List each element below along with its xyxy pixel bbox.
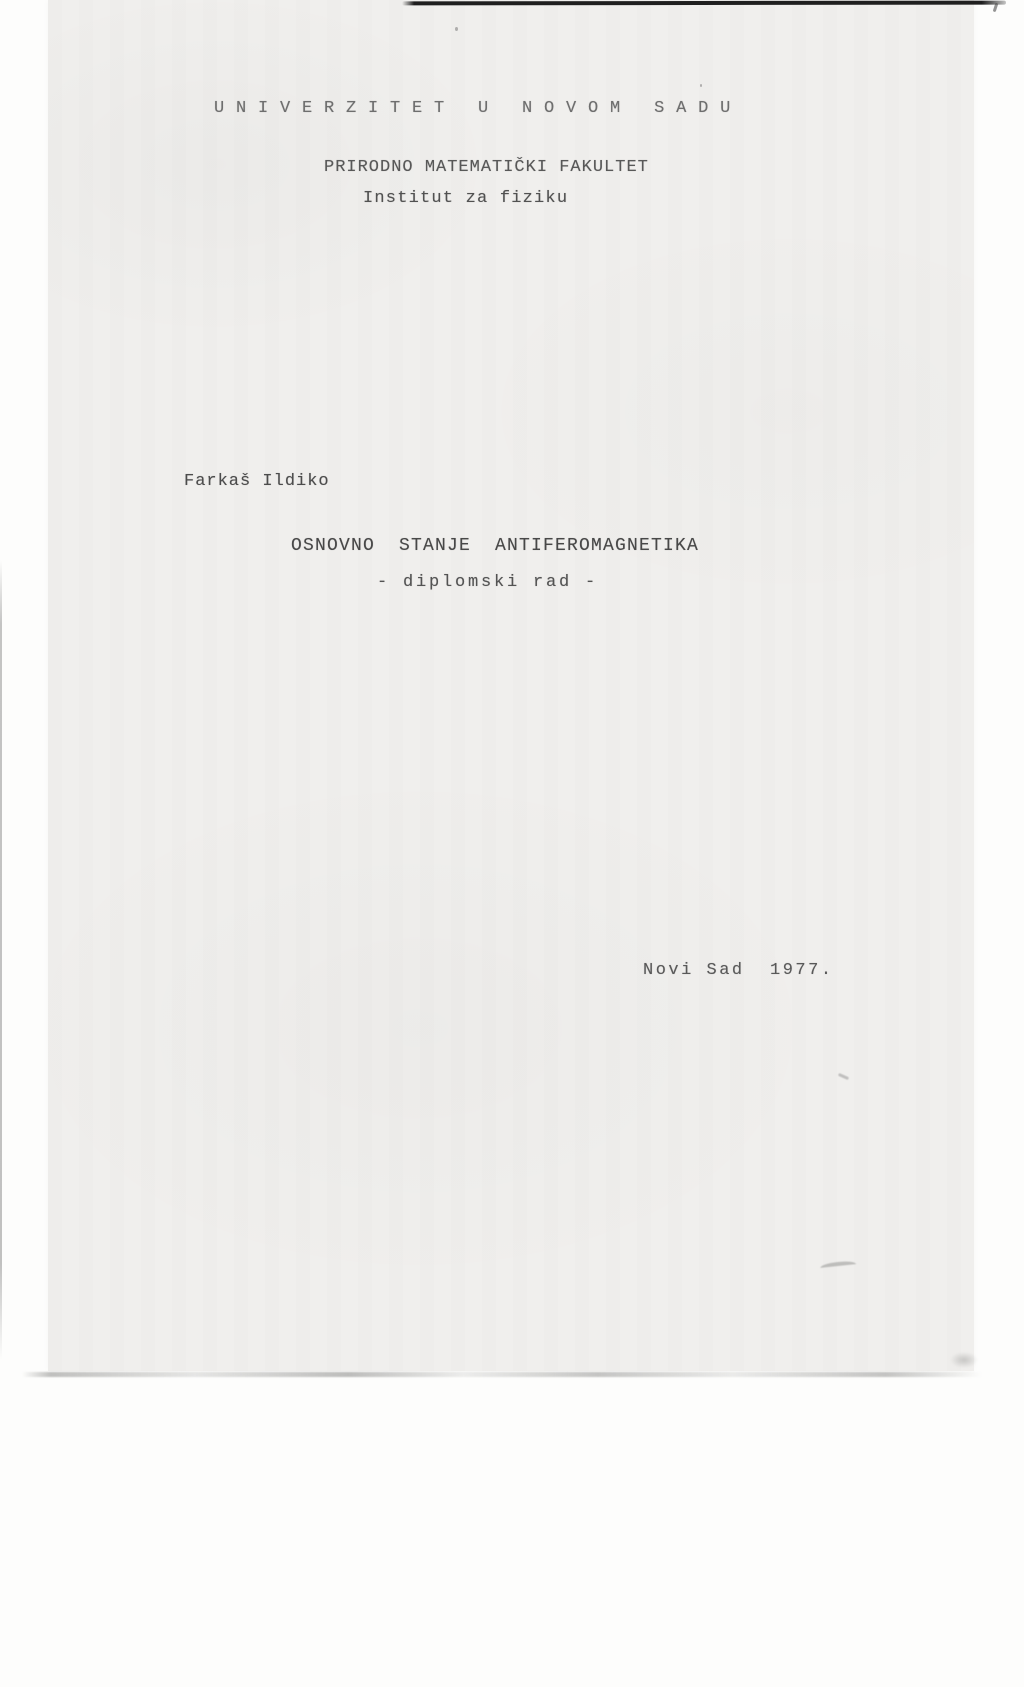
page-corner-smudge <box>950 1352 978 1368</box>
scan-speck <box>700 84 702 87</box>
thesis-subtitle: - diplomski rad - <box>377 573 598 592</box>
institute-name: Institut za fiziku <box>363 189 568 208</box>
page-bottom-edge-shadow <box>22 1372 982 1377</box>
place-and-year: Novi Sad 1977. <box>643 961 834 980</box>
university-name: U N I V E R Z I T E T U N O V O M S A D … <box>214 99 731 118</box>
faculty-name: PRIRODNO MATEMATIČKI FAKULTET <box>324 158 649 177</box>
scan-backdrop: U N I V E R Z I T E T U N O V O M S A D … <box>0 0 1024 1687</box>
scan-left-edge-line <box>0 560 2 1360</box>
scan-speck <box>455 27 458 31</box>
author-name: Farkaš Ildiko <box>184 472 330 491</box>
page-top-edge-shadow <box>402 1 1006 6</box>
thesis-title: OSNOVNO STANJE ANTIFEROMAGNETIKA <box>291 536 699 556</box>
